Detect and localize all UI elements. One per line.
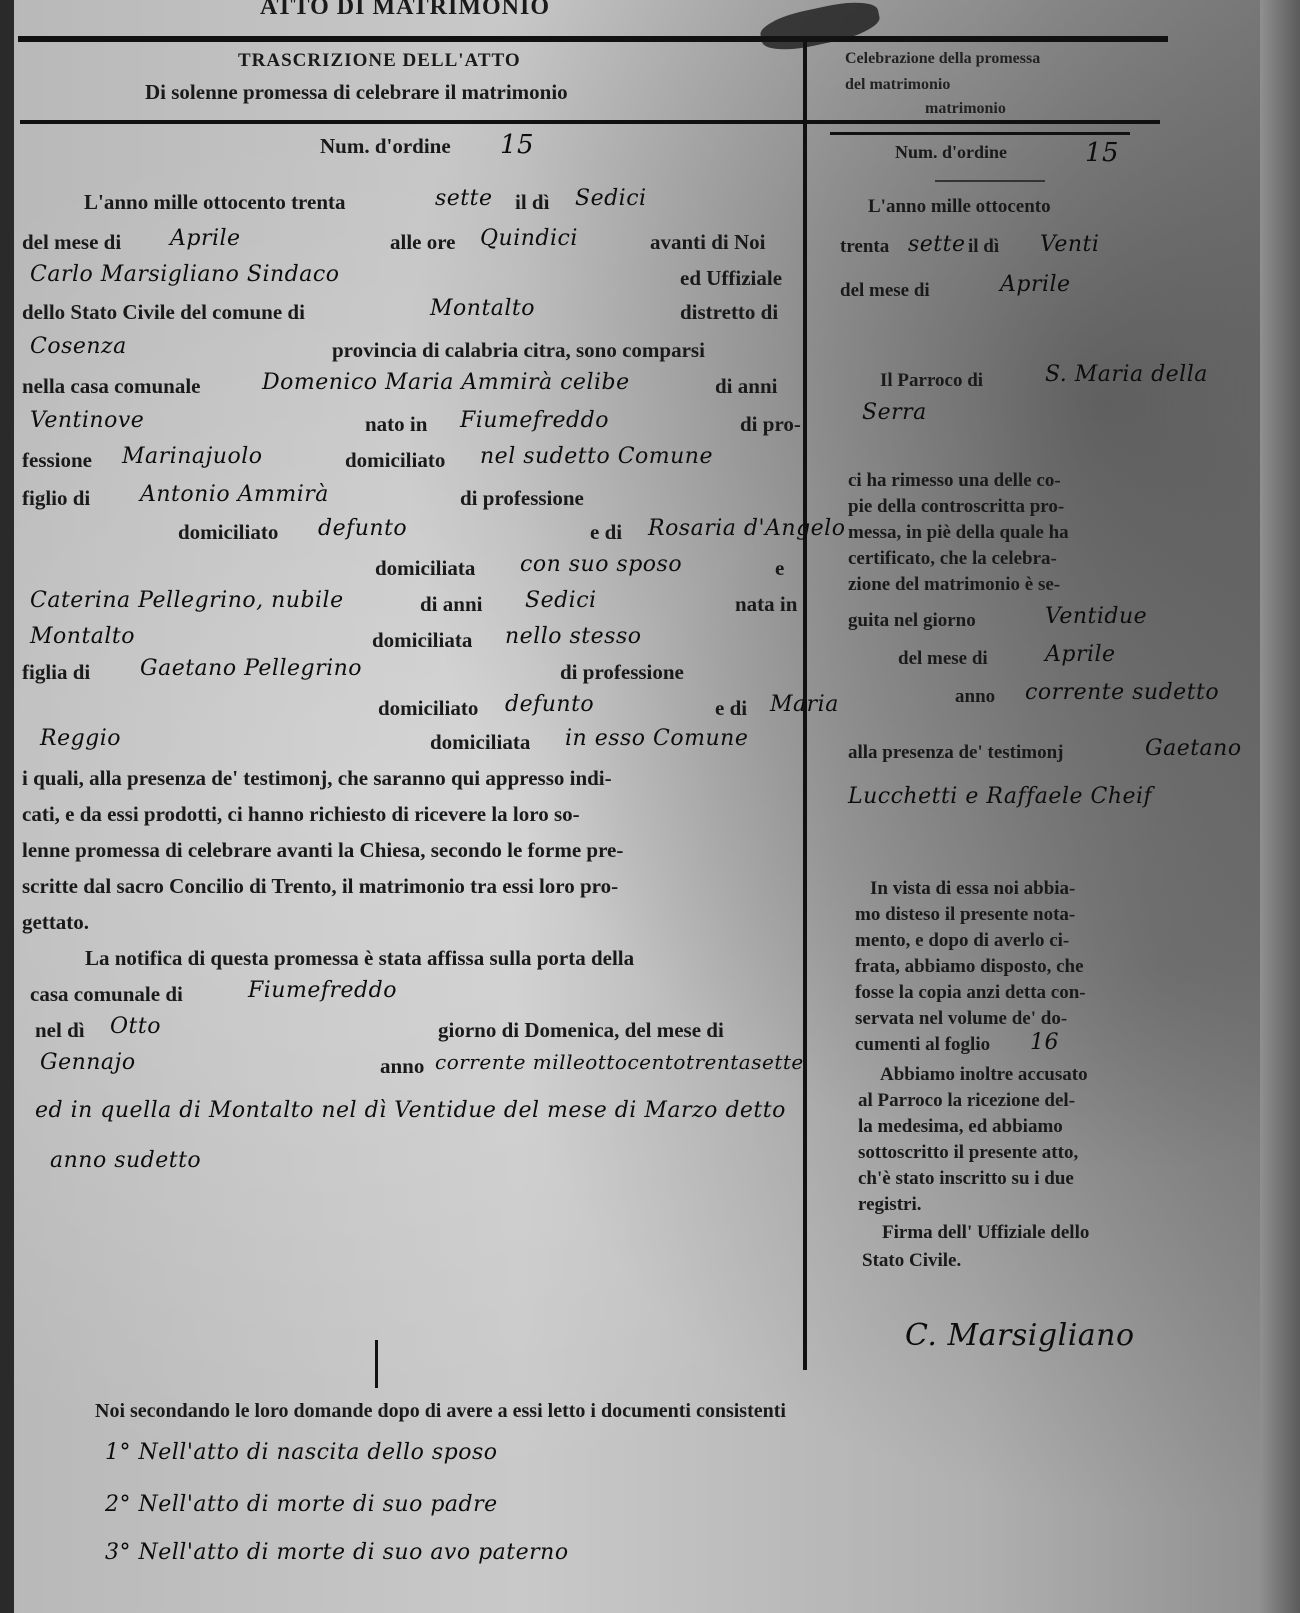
right-text-line: servata nel volume de' do- xyxy=(855,1008,1067,1030)
right-text-line: al Parroco la ricezione del- xyxy=(858,1090,1075,1112)
form-label-and: e xyxy=(775,556,784,581)
form-label-posting-year: anno xyxy=(380,1054,424,1079)
right-text-line: registri. xyxy=(858,1194,922,1216)
handwritten-father-status: defunto xyxy=(318,516,407,541)
header-rule xyxy=(18,36,1168,42)
form-label-bride-age: di anni xyxy=(420,592,482,617)
form-label-and-of-f: e di xyxy=(715,696,747,721)
handwritten-groom-profession: Marinajuolo xyxy=(122,444,263,469)
handwritten-hour: Quindici xyxy=(480,226,578,251)
right-parish-label: Il Parroco di xyxy=(880,370,983,392)
right-signature-label-2: Stato Civile. xyxy=(862,1250,961,1272)
handwritten-bride-mother-domicile: in esso Comune xyxy=(565,726,748,751)
ink-flourish xyxy=(758,0,883,56)
form-label-day: il dì xyxy=(515,190,549,215)
right-handwritten-month: Aprile xyxy=(1000,272,1071,297)
form-label-father-profession: di professione xyxy=(460,486,584,511)
handwritten-commune: Montalto xyxy=(430,296,535,321)
handwritten-second-posting-year: anno sudetto xyxy=(50,1148,201,1173)
right-signature-label: Firma dell' Uffiziale dello xyxy=(882,1222,1089,1244)
handwritten-bride-birthplace: Montalto xyxy=(30,624,135,649)
form-label-month: del mese di xyxy=(22,230,121,255)
form-label-before-us: avanti di Noi xyxy=(650,230,766,255)
right-celebration-year-label: anno xyxy=(955,686,995,708)
form-label-bride-mother-domicile: domiciliata xyxy=(430,730,530,755)
right-handwritten-celebration-day: Ventidue xyxy=(1045,604,1147,629)
official-signature: C. Marsigliano xyxy=(905,1318,1135,1353)
right-handwritten-folio: 16 xyxy=(1030,1030,1059,1055)
right-day-label: il dì xyxy=(968,236,999,258)
left-section-title: TRASCRIZIONE DELL'ATTO xyxy=(238,50,521,72)
left-subtitle: Di solenne promessa di celebrare il matr… xyxy=(145,80,568,105)
right-handwritten-witness-1: Gaetano xyxy=(1145,736,1242,761)
handwritten-district: Cosenza xyxy=(30,334,127,359)
handwritten-posting-year: corrente milleottocentotrentasette xyxy=(435,1050,804,1074)
form-label-mother-domicile: domiciliata xyxy=(375,556,475,581)
right-text-line: mo disteso il presente nota- xyxy=(855,904,1075,926)
form-label-posting-place: casa comunale di xyxy=(30,982,183,1007)
right-section-title: Celebrazione della promessa xyxy=(845,50,1040,68)
right-title-rule xyxy=(830,132,1130,135)
handwritten-groom-mother: Rosaria d'Angelo xyxy=(648,516,845,541)
right-handwritten-parish: S. Maria della xyxy=(1045,362,1208,387)
form-label-commune: dello Stato Civile del comune di xyxy=(22,300,305,325)
header-title: ATTO DI MATRIMONIO xyxy=(260,0,550,21)
left-order-label: Num. d'ordine xyxy=(320,134,451,159)
right-handwritten-day: Venti xyxy=(1040,232,1099,257)
form-label-town-hall: nella casa comunale xyxy=(22,374,201,399)
handwritten-groom-father: Antonio Ammirà xyxy=(140,482,329,507)
form-label-age: di anni xyxy=(715,374,777,399)
right-text-line: In vista di essa noi abbia- xyxy=(870,878,1075,900)
handwritten-document-2: 2° Nell'atto di morte di suo padre xyxy=(105,1492,498,1517)
right-handwritten-celebration-year: corrente sudetto xyxy=(1025,680,1219,705)
right-text-line: sottoscritto il presente atto, xyxy=(858,1142,1078,1164)
form-label-posting-day: nel dì xyxy=(35,1018,85,1043)
right-section-title-2: del matrimonio xyxy=(845,76,950,94)
page-binding-edge xyxy=(0,0,14,1613)
right-handwritten-year: sette xyxy=(908,232,966,257)
right-text-line: pie della controscritta pro- xyxy=(848,496,1064,518)
right-text-line: fosse la copia anzi detta con- xyxy=(855,982,1086,1004)
form-label-district: distretto di xyxy=(680,300,778,325)
right-text-line: frata, abbiamo disposto, che xyxy=(855,956,1084,978)
form-label-province: provincia di calabria citra, sono compar… xyxy=(332,338,705,363)
right-text-line: ci ha rimesso una delle co- xyxy=(848,470,1061,492)
scanned-marriage-record: ATTO DI MATRIMONIO TRASCRIZIONE DELL'ATT… xyxy=(0,0,1300,1613)
handwritten-document-3: 3° Nell'atto di morte di suo avo paterno xyxy=(105,1540,569,1565)
form-label-son-of: figlio di xyxy=(22,486,90,511)
form-label-bride-domicile: domiciliata xyxy=(372,628,472,653)
body-text-line: scritte dal sacro Concilio di Trento, il… xyxy=(22,874,618,899)
handwritten-bride-age: Sedici xyxy=(525,588,597,613)
right-witnesses-label: alla presenza de' testimonj xyxy=(848,742,1064,764)
handwritten-year: sette xyxy=(435,186,493,211)
right-text-line: zione del matrimonio è se- xyxy=(848,574,1060,596)
form-label-sunday-month: giorno di Domenica, del mese di xyxy=(438,1018,724,1043)
footer-text: Noi secondando le loro domande dopo di a… xyxy=(95,1400,786,1423)
right-text-line: ch'è stato inscritto su i due xyxy=(858,1168,1074,1190)
handwritten-bride-father-status: defunto xyxy=(505,692,594,717)
handwritten-second-posting: ed in quella di Montalto nel dì Ventidue… xyxy=(35,1098,786,1123)
body-text-line: i quali, alla presenza de' testimonj, ch… xyxy=(22,766,612,791)
handwritten-posting-month: Gennajo xyxy=(40,1050,136,1075)
handwritten-bride-name: Caterina Pellegrino, nubile xyxy=(30,588,344,613)
body-text-line: gettato. xyxy=(22,910,89,935)
body-text-line: lenne promessa di celebrare avanti la Ch… xyxy=(22,838,623,863)
handwritten-bride-father: Gaetano Pellegrino xyxy=(140,656,362,681)
form-label-bride-father-profession: di professione xyxy=(560,660,684,685)
handwritten-bride-mother-surname: Reggio xyxy=(40,726,121,751)
right-text-line: certificato, che la celebra- xyxy=(848,548,1057,570)
right-celebration-day-label: guita nel giorno xyxy=(848,610,976,632)
form-label-bride-father-domicile: domiciliato xyxy=(378,696,478,721)
handwritten-posting-day: Otto xyxy=(110,1014,161,1039)
right-handwritten-parish-2: Serra xyxy=(862,400,927,425)
form-label-born-in-f: nata in xyxy=(735,592,797,617)
form-label-father-domicile: domiciliato xyxy=(178,520,278,545)
right-text-line: mento, e dopo di averlo ci- xyxy=(855,930,1069,952)
right-handwritten-celebration-month: Aprile xyxy=(1045,642,1116,667)
form-label-profession: di pro- xyxy=(740,412,801,437)
handwritten-document-1: 1° Nell'atto di nascita dello sposo xyxy=(105,1440,497,1465)
handwritten-official-name: Carlo Marsigliano Sindaco xyxy=(30,262,339,287)
handwritten-groom-domicile: nel sudetto Comune xyxy=(480,444,713,469)
handwritten-bride-mother: Maria xyxy=(770,692,839,717)
handwritten-mother-domicile: con suo sposo xyxy=(520,552,682,577)
handwritten-groom-age: Ventinove xyxy=(30,408,144,433)
section-rule xyxy=(20,120,1160,124)
form-label-official: ed Uffiziale xyxy=(680,266,782,291)
handwritten-posting-place: Fiumefreddo xyxy=(248,978,397,1003)
form-line-year: L'anno mille ottocento trenta xyxy=(84,190,346,215)
handwritten-month: Aprile xyxy=(170,226,241,251)
form-label-hour: alle ore xyxy=(390,230,456,255)
stroke-mark xyxy=(375,1340,378,1388)
form-label-daughter-of: figlia di xyxy=(22,660,90,685)
form-label-domicile: domiciliato xyxy=(345,448,445,473)
body-text-line: cati, e da essi prodotti, ci hanno richi… xyxy=(22,802,580,827)
handwritten-groom-birthplace: Fiumefreddo xyxy=(460,408,609,433)
right-celebration-month-label: del mese di xyxy=(898,648,988,670)
right-text-line: la medesima, ed abbiamo xyxy=(858,1116,1063,1138)
form-label-and-of: e di xyxy=(590,520,622,545)
right-order-number: 15 xyxy=(1085,138,1119,168)
decorative-rule xyxy=(935,180,1045,182)
right-handwritten-witnesses: Lucchetti e Raffaele Cheif xyxy=(848,784,1152,809)
form-label-profession-cont: fessione xyxy=(22,448,92,473)
page-right-edge xyxy=(1260,0,1300,1613)
form-label-born-in: nato in xyxy=(365,412,427,437)
handwritten-groom-name: Domenico Maria Ammirà celibe xyxy=(262,370,630,395)
right-text-line: messa, in piè della quale ha xyxy=(848,522,1069,544)
right-text-line: Abbiamo inoltre accusato xyxy=(880,1064,1088,1086)
handwritten-day: Sedici xyxy=(575,186,647,211)
right-section-title-3: matrimonio xyxy=(925,100,1006,118)
right-year-label-2: trenta xyxy=(840,236,889,258)
right-month-label: del mese di xyxy=(840,280,930,302)
right-folio-label: cumenti al foglio xyxy=(855,1034,990,1056)
right-year-label: L'anno mille ottocento xyxy=(868,196,1051,218)
handwritten-bride-domicile: nello stesso xyxy=(505,624,641,649)
notice-text: La notifica di questa promessa è stata a… xyxy=(85,946,634,971)
left-order-number: 15 xyxy=(500,130,534,160)
right-order-label: Num. d'ordine xyxy=(895,142,1007,163)
